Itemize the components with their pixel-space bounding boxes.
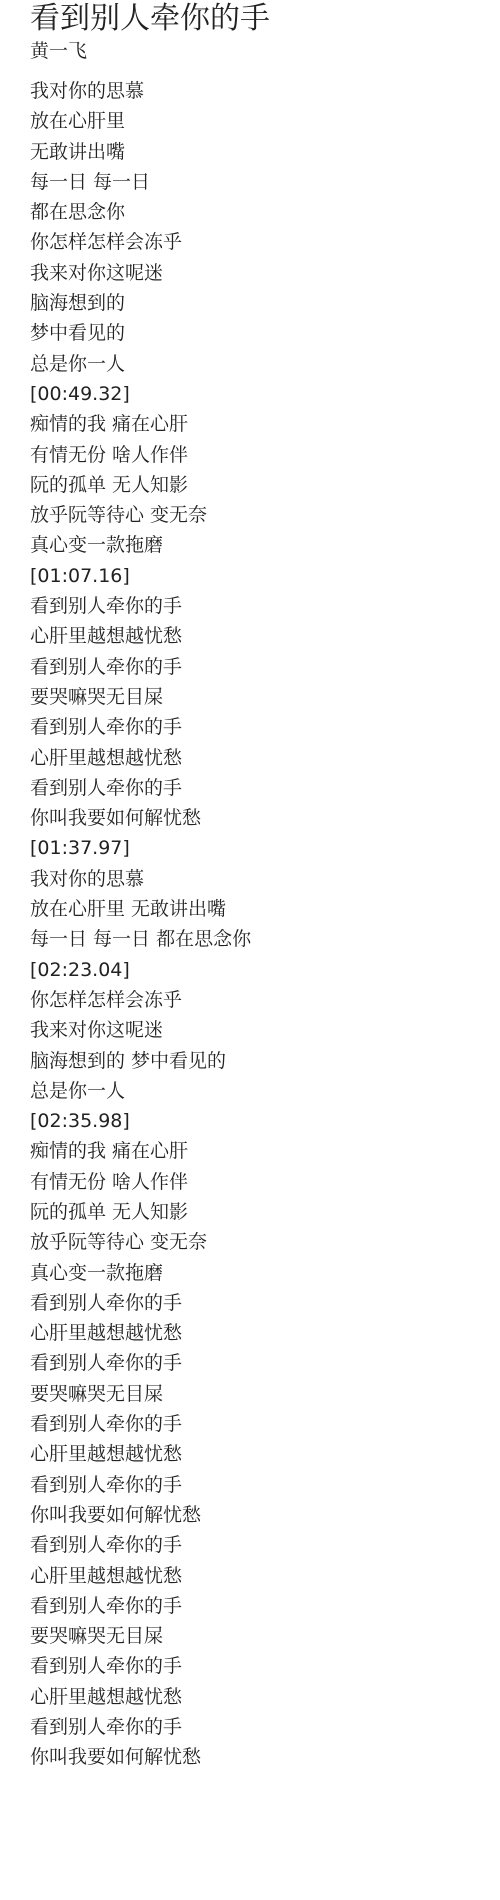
lyric-line: 你叫我要如何解忧愁 [30, 803, 500, 833]
song-title: 看到别人牵你的手 [30, 0, 500, 38]
lyric-line: 看到别人牵你的手 [30, 712, 500, 742]
lyric-line: 我来对你这呢迷 [30, 258, 500, 288]
lyric-line: 总是你一人 [30, 1076, 500, 1106]
lyric-line: 我对你的思慕 [30, 76, 500, 106]
artist-name: 黄一飞 [30, 38, 500, 64]
lyric-line: 要哭嘛哭无目屎 [30, 682, 500, 712]
lyric-line: 看到别人牵你的手 [30, 1348, 500, 1378]
lyric-line: 有情无份 啥人作伴 [30, 1167, 500, 1197]
lyric-line: 放乎阮等待心 变无奈 [30, 500, 500, 530]
lyric-line: 心肝里越想越忧愁 [30, 1561, 500, 1591]
lyric-line: 看到别人牵你的手 [30, 1591, 500, 1621]
lyrics-page: 看到别人牵你的手 黄一飞 我对你的思慕放在心肝里无敢讲出嘴每一日 每一日都在思念… [0, 0, 500, 1773]
lyric-line: 看到别人牵你的手 [30, 1288, 500, 1318]
lyric-timestamp: [01:37.97] [30, 833, 500, 863]
lyric-line: 阮的孤单 无人知影 [30, 470, 500, 500]
lyric-line: 心肝里越想越忧愁 [30, 1318, 500, 1348]
lyric-timestamp: [00:49.32] [30, 379, 500, 409]
lyric-line: 你叫我要如何解忧愁 [30, 1500, 500, 1530]
lyric-line: 看到别人牵你的手 [30, 1470, 500, 1500]
lyric-line: 看到别人牵你的手 [30, 1530, 500, 1560]
lyric-line: 放在心肝里 无敢讲出嘴 [30, 894, 500, 924]
lyric-line: 你怎样怎样会冻乎 [30, 227, 500, 257]
lyric-timestamp: [01:07.16] [30, 561, 500, 591]
lyric-line: 你叫我要如何解忧愁 [30, 1742, 500, 1772]
lyric-line: 心肝里越想越忧愁 [30, 621, 500, 651]
lyric-line: 真心变一款拖磨 [30, 1258, 500, 1288]
lyric-line: 心肝里越想越忧愁 [30, 1439, 500, 1469]
lyric-timestamp: [02:23.04] [30, 955, 500, 985]
lyric-line: 每一日 每一日 都在思念你 [30, 924, 500, 954]
lyric-line: 痴情的我 痛在心肝 [30, 409, 500, 439]
lyric-line: 看到别人牵你的手 [30, 652, 500, 682]
lyric-line: 真心变一款拖磨 [30, 530, 500, 560]
lyric-line: 我对你的思慕 [30, 864, 500, 894]
lyric-line: 脑海想到的 梦中看见的 [30, 1046, 500, 1076]
lyric-line: 无敢讲出嘴 [30, 137, 500, 167]
lyric-line: 梦中看见的 [30, 318, 500, 348]
lyric-line: 要哭嘛哭无目屎 [30, 1379, 500, 1409]
lyric-line: 你怎样怎样会冻乎 [30, 985, 500, 1015]
lyric-line: 要哭嘛哭无目屎 [30, 1621, 500, 1651]
lyric-timestamp: [02:35.98] [30, 1106, 500, 1136]
lyric-line: 看到别人牵你的手 [30, 773, 500, 803]
lyric-line: 脑海想到的 [30, 288, 500, 318]
lyric-line: 痴情的我 痛在心肝 [30, 1136, 500, 1166]
lyric-line: 总是你一人 [30, 349, 500, 379]
lyric-line: 都在思念你 [30, 197, 500, 227]
lyric-line: 心肝里越想越忧愁 [30, 1682, 500, 1712]
lyric-line: 阮的孤单 无人知影 [30, 1197, 500, 1227]
lyric-line: 有情无份 啥人作伴 [30, 440, 500, 470]
lyric-line: 我来对你这呢迷 [30, 1015, 500, 1045]
lyric-line: 看到别人牵你的手 [30, 1409, 500, 1439]
lyric-line: 心肝里越想越忧愁 [30, 743, 500, 773]
lyric-line: 看到别人牵你的手 [30, 1651, 500, 1681]
lyric-line: 放在心肝里 [30, 106, 500, 136]
lyric-line: 看到别人牵你的手 [30, 591, 500, 621]
lyric-line: 看到别人牵你的手 [30, 1712, 500, 1742]
lyric-line: 放乎阮等待心 变无奈 [30, 1227, 500, 1257]
lyric-line: 每一日 每一日 [30, 167, 500, 197]
lyrics-list: 我对你的思慕放在心肝里无敢讲出嘴每一日 每一日都在思念你你怎样怎样会冻乎我来对你… [30, 76, 500, 1773]
